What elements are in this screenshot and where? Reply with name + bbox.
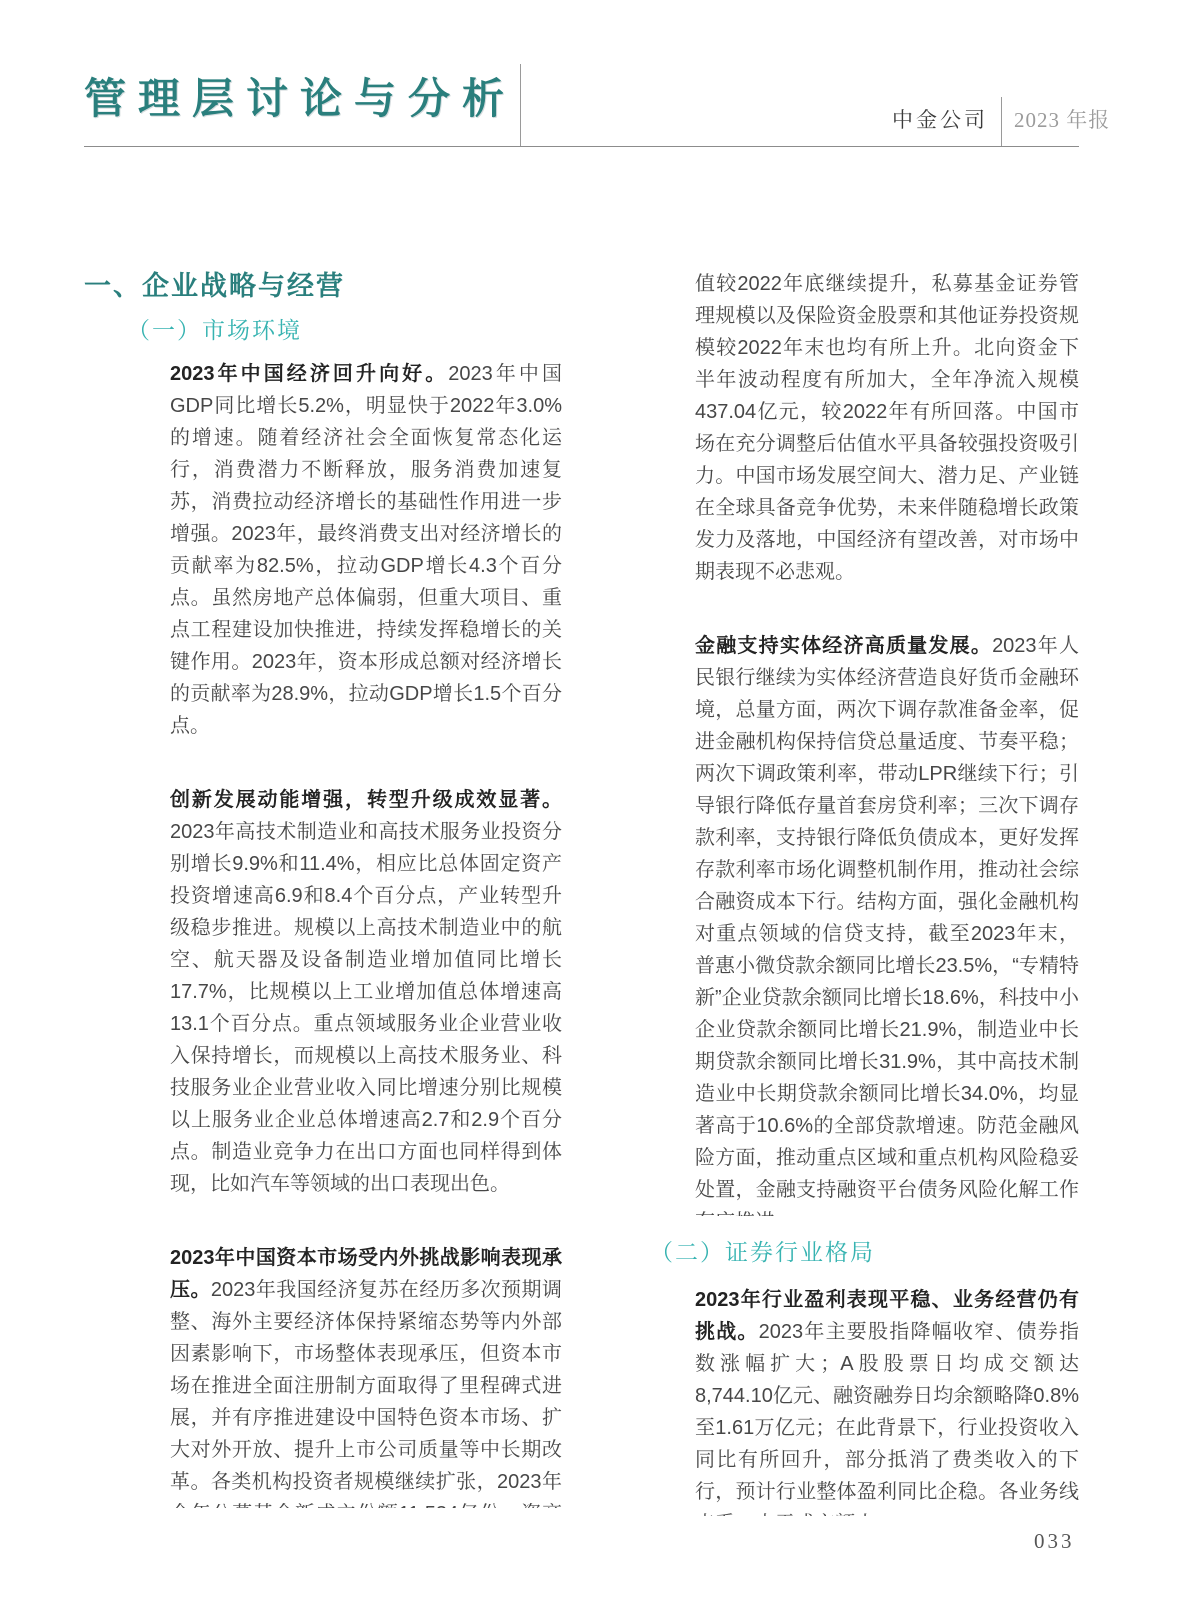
paragraph-body: 2023年我国经济复苏在经历多次预期调整、海外主要经济体保持紧缩态势等内外部因素… — [170, 1279, 562, 1508]
right-column-body-bottom: 2023年行业盈利表现平稳、业务经营仍有挑战。2023年主要股指降幅收窄、债券指… — [695, 1284, 1079, 1516]
paragraph-body: 2023年高技术制造业和高技术服务业投资分别增长9.9%和11.4%，相应比总体… — [170, 821, 562, 1195]
paragraph-innovation-growth: 创新发展动能增强，转型升级成效显著。2023年高技术制造业和高技术服务业投资分别… — [170, 784, 562, 1200]
paragraph-body: 2023年人民银行继续为实体经济营造良好货币金融环境，总量方面，两次下调存款准备… — [695, 635, 1079, 1216]
page-title: 管理层讨论与分析 — [84, 70, 516, 130]
paragraph-body: 2023年中国GDP同比增长5.2%，明显快于2022年3.0%的增速。随着经济… — [170, 363, 562, 737]
paragraph-economy-recovery: 2023年中国经济回升向好。2023年中国GDP同比增长5.2%，明显快于202… — [170, 358, 562, 742]
section-heading-strategy: 一、企业战略与经营 — [84, 264, 345, 303]
paragraph-capital-market-pressure: 2023年中国资本市场受内外挑战影响表现承压。2023年我国经济复苏在经历多次预… — [170, 1242, 562, 1508]
report-page: 管理层讨论与分析 中金公司 2023 年报 一、企业战略与经营 （一）市场环境 … — [0, 0, 1190, 1615]
paragraph-lead: 创新发展动能增强，转型升级成效显著。 — [170, 789, 562, 811]
subsection-heading-securities-industry: （二）证券行业格局 — [650, 1234, 875, 1267]
left-column-body: 2023年中国经济回升向好。2023年中国GDP同比增长5.2%，明显快于202… — [170, 358, 562, 1508]
right-column-body-top: 值较2022年底继续提升，私募基金证券管理规模以及保险资金股票和其他证券投资规模… — [695, 268, 1079, 1216]
title-divider-line — [520, 64, 521, 146]
header-horizontal-rule — [84, 146, 1079, 147]
report-year: 2023 年报 — [1014, 104, 1110, 134]
paragraph-body: 2023年主要股指降幅收窄、债券指数涨幅扩大；A股股票日均成交额达8,744.1… — [695, 1321, 1079, 1516]
paragraph-continued-funds: 值较2022年底继续提升，私募基金证券管理规模以及保险资金股票和其他证券投资规模… — [695, 268, 1079, 588]
page-number: 033 — [1034, 1529, 1075, 1554]
paragraph-industry-profit: 2023年行业盈利表现平稳、业务经营仍有挑战。2023年主要股指降幅收窄、债券指… — [695, 1284, 1079, 1516]
paragraph-finance-support: 金融支持实体经济高质量发展。2023年人民银行继续为实体经济营造良好货币金融环境… — [695, 630, 1079, 1216]
paragraph-lead: 2023年中国经济回升向好。 — [170, 363, 448, 385]
paragraph-lead: 金融支持实体经济高质量发展。 — [695, 635, 992, 657]
paragraph-body: 值较2022年底继续提升，私募基金证券管理规模以及保险资金股票和其他证券投资规模… — [695, 273, 1079, 583]
subsection-heading-market-environment: （一）市场环境 — [127, 312, 302, 345]
header-divider-line — [1001, 97, 1002, 146]
company-name: 中金公司 — [888, 104, 988, 134]
